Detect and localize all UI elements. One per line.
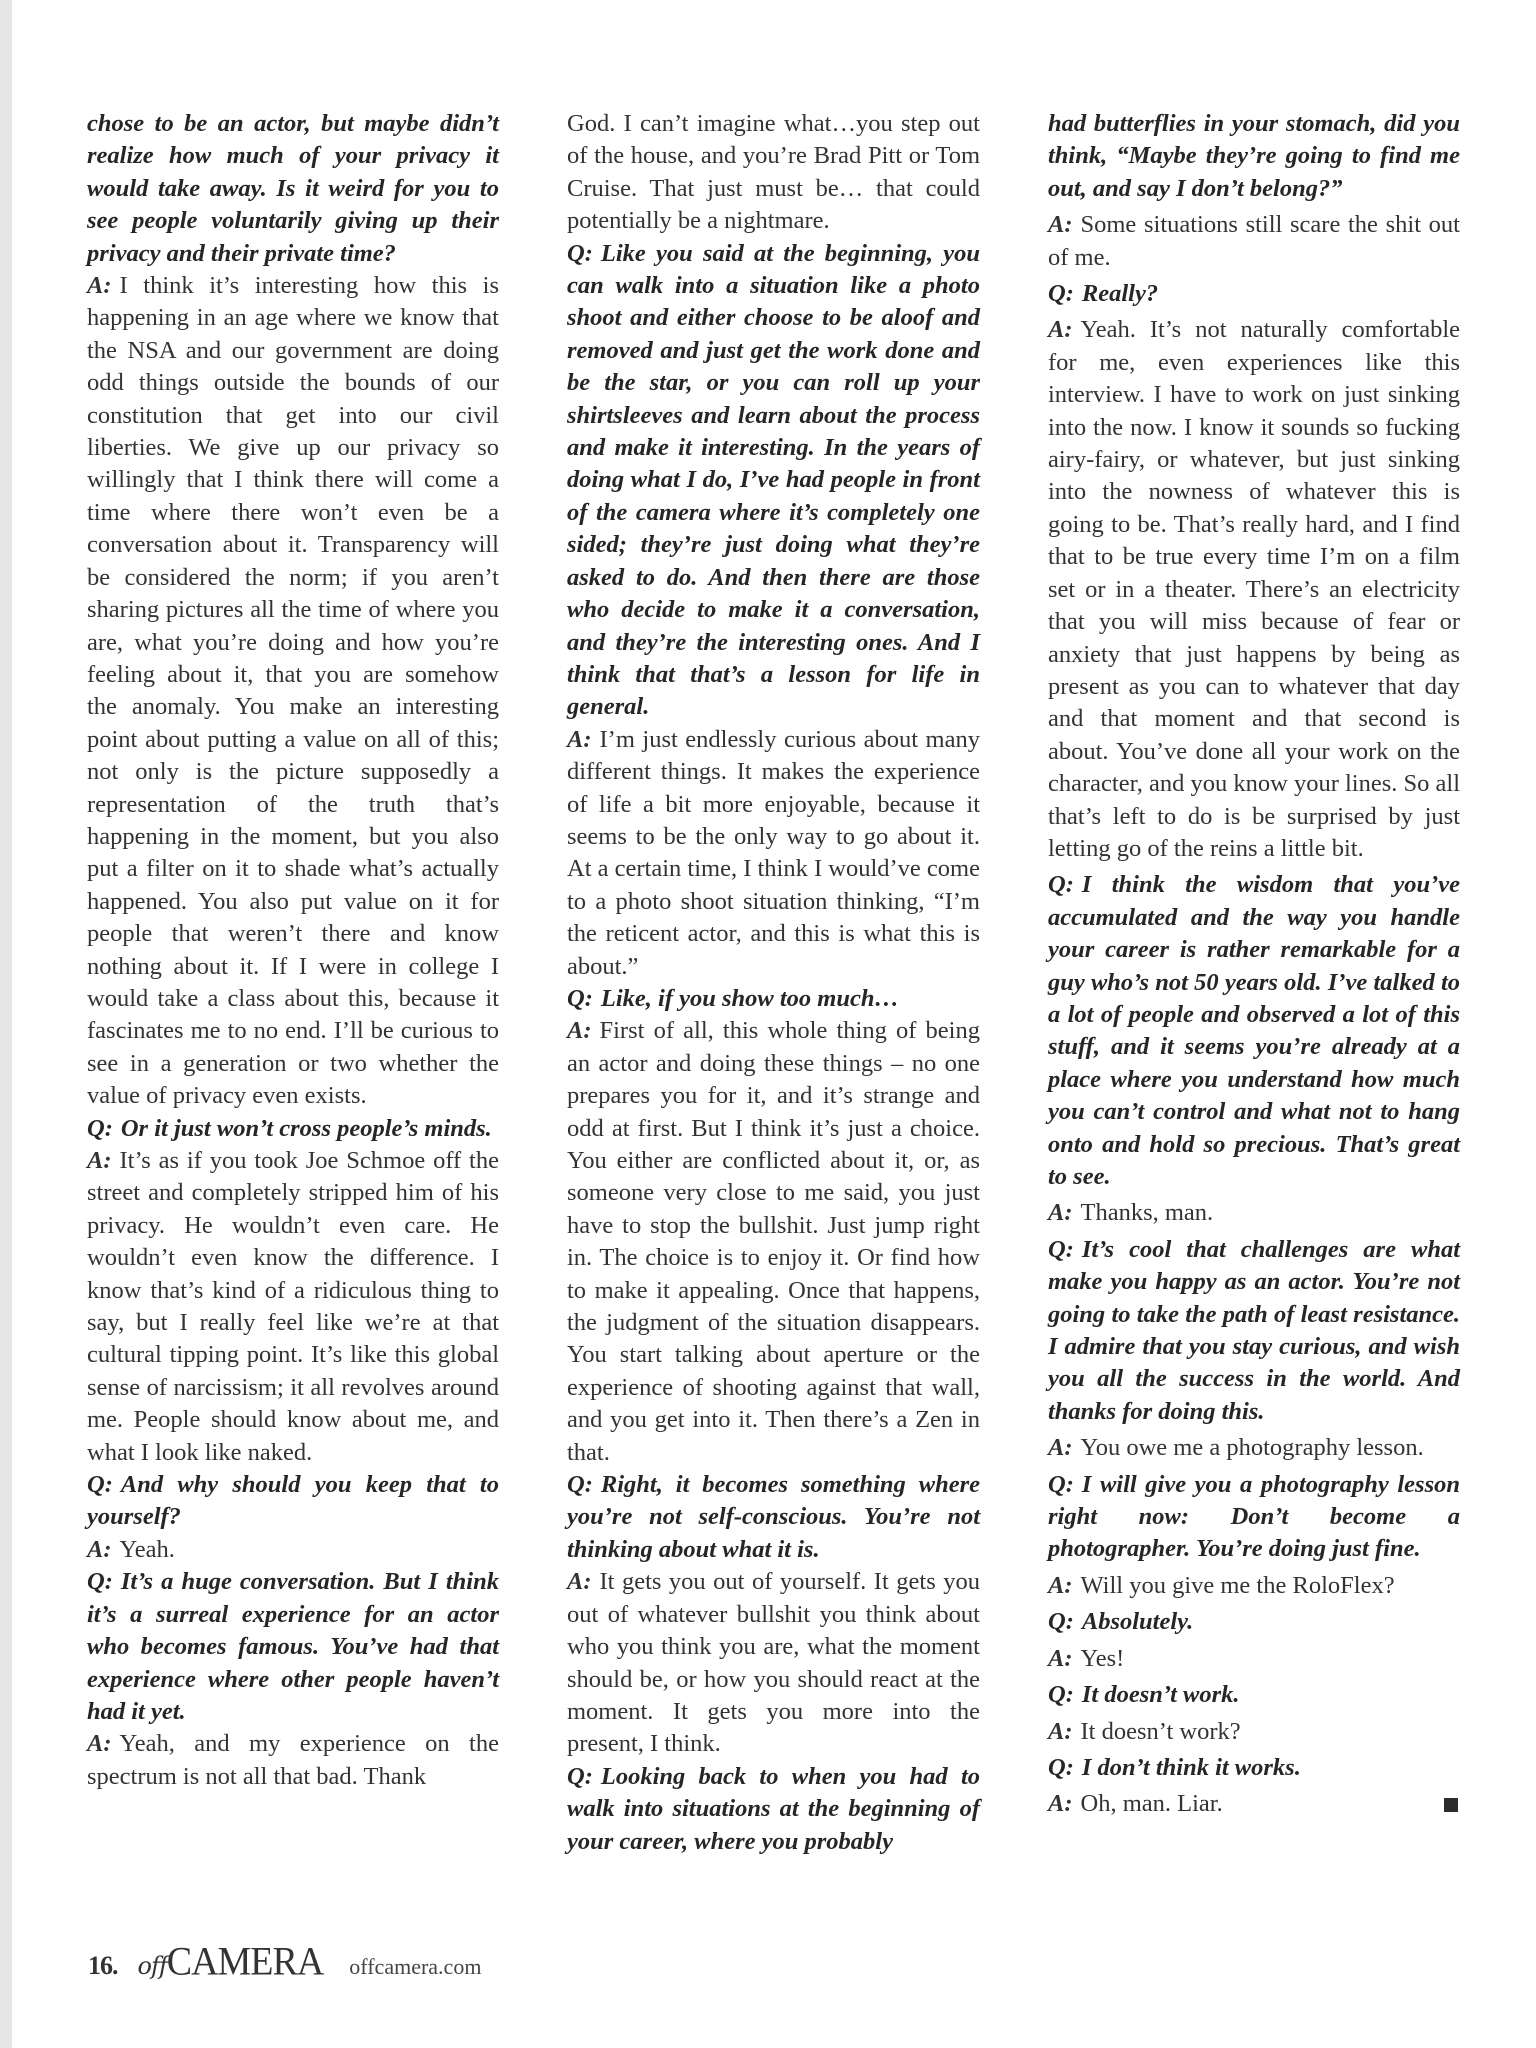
question-text: Or it just won’t cross people’s minds. (121, 1115, 492, 1142)
answer-text: Yeah. (120, 1536, 175, 1563)
page-number: 16. (88, 1951, 118, 1981)
answer-label: A: (1048, 1645, 1073, 1672)
answer-paragraph: A:Yeah, and my experience on the spectru… (87, 1728, 499, 1793)
answer-text: Thanks, man. (1081, 1199, 1214, 1226)
page-edge-strip (0, 0, 12, 2048)
question-text: It doesn’t work. (1082, 1681, 1240, 1708)
question-paragraph: Q:It’s cool that challenges are what mak… (1048, 1234, 1460, 1428)
answer-paragraph: A:Yes! (1048, 1643, 1460, 1675)
answer-label: A: (87, 1730, 112, 1757)
question-text: I will give you a photography lesson rig… (1048, 1471, 1460, 1563)
question-paragraph: Q:I think the wisdom that you’ve accumul… (1048, 869, 1460, 1193)
question-paragraph: Q:I don’t think it works. (1048, 1752, 1460, 1784)
answer-paragraph: A:First of all, this whole thing of bein… (567, 1015, 980, 1469)
question-continuation: had butterflies in your stomach, did you… (1048, 108, 1460, 205)
answer-label: A: (567, 1568, 592, 1595)
question-text: Like, if you show too much… (601, 985, 899, 1012)
question-text: I think the wisdom that you’ve accumulat… (1048, 871, 1460, 1190)
answer-paragraph: A:Oh, man. Liar. (1048, 1788, 1460, 1820)
question-text: Like you said at the beginning, you can … (567, 240, 980, 721)
answer-text: It gets you out of yourself. It gets you… (567, 1568, 980, 1757)
answer-text: I think it’s interesting how this is hap… (87, 272, 499, 1109)
article-column-2: God. I can’t imagine what…you step out o… (567, 108, 980, 1858)
answer-continuation: God. I can’t imagine what…you step out o… (567, 108, 980, 238)
question-text: had butterflies in your stomach, did you… (1048, 110, 1460, 202)
magazine-logo: off CAMERA (138, 1940, 324, 1984)
answer-label: A: (1048, 1434, 1073, 1461)
question-label: Q: (87, 1568, 113, 1595)
question-text: Really? (1082, 280, 1158, 307)
question-text: Right, it becomes something where you’re… (567, 1471, 980, 1563)
answer-paragraph: A:It’s as if you took Joe Schmoe off the… (87, 1145, 499, 1469)
question-label: Q: (87, 1471, 113, 1498)
question-text: It’s a huge conversation. But I think it… (87, 1568, 499, 1725)
answer-text: Yeah, and my experience on the spectrum … (87, 1730, 499, 1789)
question-paragraph: Q:Or it just won’t cross people’s minds. (87, 1113, 499, 1145)
question-paragraph: Q:Like, if you show too much… (567, 983, 980, 1015)
answer-text: I’m just endlessly curious about many di… (567, 726, 980, 980)
answer-label: A: (1048, 1199, 1073, 1226)
answer-paragraph: A:Yeah. It’s not naturally comfortable f… (1048, 314, 1460, 865)
answer-paragraph: A:I’m just endlessly curious about many … (567, 724, 980, 983)
question-paragraph: Q:Like you said at the beginning, you ca… (567, 238, 980, 724)
question-paragraph: Q:And why should you keep that to yourse… (87, 1469, 499, 1534)
answer-paragraph: A:It doesn’t work? (1048, 1716, 1460, 1748)
page-footer: 16. off CAMERA offcamera.com (88, 1940, 481, 1980)
answer-text: You owe me a photography lesson. (1081, 1434, 1424, 1461)
answer-paragraph: A:You owe me a photography lesson. (1048, 1432, 1460, 1464)
question-text: Looking back to when you had to walk int… (567, 1763, 980, 1855)
answer-label: A: (1048, 316, 1073, 343)
article-column-1: chose to be an actor, but maybe didn’t r… (87, 108, 499, 1793)
question-paragraph: Q:Looking back to when you had to walk i… (567, 1761, 980, 1858)
question-label: Q: (567, 985, 593, 1012)
logo-prefix: off (138, 1952, 167, 1980)
answer-paragraph: A:Thanks, man. (1048, 1197, 1460, 1229)
question-paragraph: Q:I will give you a photography lesson r… (1048, 1469, 1460, 1566)
logo-name: CAMERA (167, 1939, 324, 1985)
website-url: offcamera.com (349, 1954, 481, 1980)
question-continuation: chose to be an actor, but maybe didn’t r… (87, 108, 499, 270)
question-label: Q: (1048, 871, 1074, 898)
question-label: Q: (1048, 1608, 1074, 1635)
question-paragraph: Q:It’s a huge conversation. But I think … (87, 1566, 499, 1728)
question-label: Q: (567, 240, 593, 267)
question-label: Q: (1048, 1471, 1074, 1498)
answer-text: Oh, man. Liar. (1081, 1790, 1223, 1817)
answer-label: A: (87, 1147, 112, 1174)
end-of-article-square-icon (1444, 1798, 1458, 1812)
question-label: Q: (1048, 1681, 1074, 1708)
answer-paragraph: A:Some situations still scare the shit o… (1048, 209, 1460, 274)
question-paragraph: Q:Really? (1048, 278, 1460, 310)
answer-text: Some situations still scare the shit out… (1048, 211, 1460, 270)
answer-label: A: (1048, 211, 1073, 238)
question-label: Q: (567, 1471, 593, 1498)
answer-text: It doesn’t work? (1081, 1718, 1241, 1745)
answer-label: A: (1048, 1572, 1073, 1599)
question-text: It’s cool that challenges are what make … (1048, 1236, 1460, 1425)
answer-text: First of all, this whole thing of being … (567, 1017, 980, 1465)
answer-text: God. I can’t imagine what…you step out o… (567, 110, 980, 234)
answer-text: Yeah. It’s not naturally comfortable for… (1048, 316, 1460, 862)
answer-label: A: (1048, 1790, 1073, 1817)
article-column-3: had butterflies in your stomach, did you… (1048, 108, 1460, 1825)
answer-paragraph: A:It gets you out of yourself. It gets y… (567, 1566, 980, 1760)
question-text: chose to be an actor, but maybe didn’t r… (87, 110, 499, 267)
question-text: And why should you keep that to yourself… (87, 1471, 499, 1530)
answer-label: A: (87, 1536, 112, 1563)
question-label: Q: (1048, 280, 1074, 307)
answer-paragraph: A:Yeah. (87, 1534, 499, 1566)
question-text: I don’t think it works. (1082, 1754, 1301, 1781)
answer-text: Will you give me the RoloFlex? (1081, 1572, 1395, 1599)
question-paragraph: Q:Absolutely. (1048, 1606, 1460, 1638)
question-label: Q: (567, 1763, 593, 1790)
question-text: Absolutely. (1082, 1608, 1193, 1635)
answer-text: It’s as if you took Joe Schmoe off the s… (87, 1147, 499, 1466)
answer-label: A: (567, 1017, 592, 1044)
question-label: Q: (87, 1115, 113, 1142)
question-label: Q: (1048, 1236, 1074, 1263)
question-paragraph: Q:It doesn’t work. (1048, 1679, 1460, 1711)
answer-label: A: (567, 726, 592, 753)
answer-label: A: (87, 272, 112, 299)
answer-text: Yes! (1081, 1645, 1125, 1672)
question-label: Q: (1048, 1754, 1074, 1781)
answer-label: A: (1048, 1718, 1073, 1745)
answer-paragraph: A:Will you give me the RoloFlex? (1048, 1570, 1460, 1602)
question-paragraph: Q:Right, it becomes something where you’… (567, 1469, 980, 1566)
answer-paragraph: A:I think it’s interesting how this is h… (87, 270, 499, 1113)
